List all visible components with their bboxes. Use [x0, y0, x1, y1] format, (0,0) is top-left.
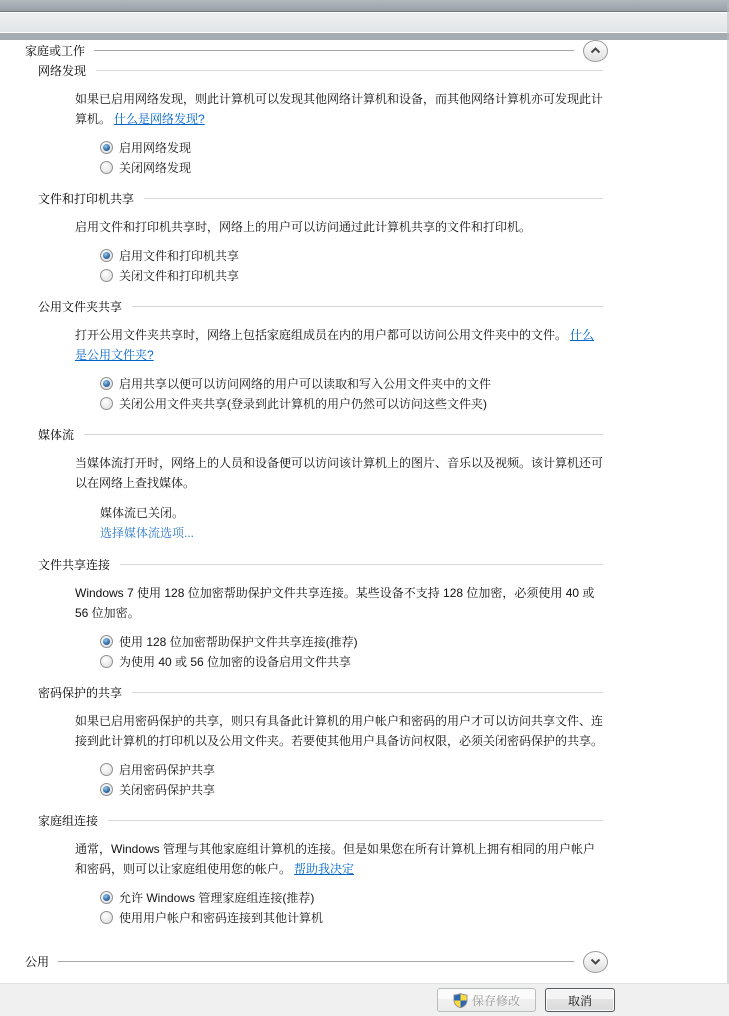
- radio-label[interactable]: 关闭文件和打印机共享: [119, 267, 239, 284]
- description-text: 如果已启用密码保护的共享，则只有具备此计算机的用户帐户和密码的用户才可以访问共享…: [75, 714, 603, 748]
- description-text: 打开公用文件夹共享时，网络上包括家庭组成员在内的用户都可以访问公用文件夹中的文件…: [75, 328, 567, 342]
- media-streaming-status-block: 媒体流已关闭。 选择媒体流选项...: [100, 503, 603, 543]
- section-rule: [132, 306, 603, 307]
- section-header: 媒体流: [38, 427, 603, 441]
- radio-option-40-56bit[interactable]: 为使用 40 或 56 位加密的设备启用文件共享: [100, 651, 603, 671]
- footer-button-bar: 保存修改 取消: [0, 983, 729, 1016]
- radio-option-disable[interactable]: 关闭文件和打印机共享: [100, 265, 603, 285]
- section-rule: [84, 434, 603, 435]
- section-rule: [144, 198, 603, 199]
- group-label: 公用: [25, 953, 49, 970]
- radio-label[interactable]: 关闭公用文件夹共享(登录到此计算机的用户仍然可以访问这些文件夹): [119, 395, 487, 412]
- save-button-label: 保存修改: [472, 992, 520, 1009]
- radio-label[interactable]: 启用文件和打印机共享: [119, 247, 239, 264]
- section-description: 打开公用文件夹共享时，网络上包括家庭组成员在内的用户都可以访问公用文件夹中的文件…: [75, 325, 605, 365]
- help-me-decide-link[interactable]: 帮助我决定: [294, 862, 354, 876]
- radio-option-disable[interactable]: 关闭公用文件夹共享(登录到此计算机的用户仍然可以访问这些文件夹): [100, 393, 603, 413]
- section-header: 公用文件夹共享: [38, 299, 603, 313]
- radio-label[interactable]: 关闭密码保护共享: [119, 781, 215, 798]
- radio-option-disable[interactable]: 关闭密码保护共享: [100, 779, 603, 799]
- radio-icon[interactable]: [100, 249, 113, 262]
- radio-option-enable[interactable]: 启用密码保护共享: [100, 759, 603, 779]
- section-rule: [108, 820, 603, 821]
- section-network-discovery: 网络发现 如果已启用网络发现，则此计算机可以发现其他网络计算机和设备，而其他网络…: [38, 63, 603, 177]
- media-streaming-options-link[interactable]: 选择媒体流选项...: [100, 526, 194, 540]
- radio-icon[interactable]: [100, 397, 113, 410]
- radio-label[interactable]: 关闭网络发现: [119, 159, 191, 176]
- section-description: 当媒体流打开时，网络上的人员和设备便可以访问该计算机上的图片、音乐以及视频。该计…: [75, 453, 605, 493]
- section-file-printer-sharing: 文件和打印机共享 启用文件和打印机共享时，网络上的用户可以访问通过此计算机共享的…: [38, 191, 603, 285]
- radio-icon[interactable]: [100, 783, 113, 796]
- profile-group-public: 公用: [25, 951, 608, 972]
- section-rule: [96, 70, 603, 71]
- expand-group-button[interactable]: [583, 951, 608, 973]
- radio-option-enable[interactable]: 启用网络发现: [100, 137, 603, 157]
- radio-label[interactable]: 启用密码保护共享: [119, 761, 215, 778]
- section-description: 通常，Windows 管理与其他家庭组计算机的连接。但是如果您在所有计算机上拥有…: [75, 839, 605, 879]
- group-rule: [94, 50, 574, 51]
- section-header: 家庭组连接: [38, 813, 603, 827]
- section-header: 密码保护的共享: [38, 685, 603, 699]
- section-public-folder-sharing: 公用文件夹共享 打开公用文件夹共享时，网络上包括家庭组成员在内的用户都可以访问公…: [38, 299, 603, 413]
- radio-label[interactable]: 允许 Windows 管理家庭组连接(推荐): [119, 889, 314, 906]
- radio-option-enable[interactable]: 启用文件和打印机共享: [100, 245, 603, 265]
- radio-group: 使用 128 位加密帮助保护文件共享连接(推荐) 为使用 40 或 56 位加密…: [100, 631, 603, 671]
- radio-label[interactable]: 启用共享以便可以访问网络的用户可以读取和写入公用文件夹中的文件: [119, 375, 491, 392]
- radio-group: 允许 Windows 管理家庭组连接(推荐) 使用用户帐户和密码连接到其他计算机: [100, 887, 603, 927]
- section-title: 文件共享连接: [38, 556, 110, 573]
- section-description: Windows 7 使用 128 位加密帮助保护文件共享连接。某些设备不支持 1…: [75, 583, 605, 623]
- radio-icon[interactable]: [100, 763, 113, 776]
- section-title: 家庭组连接: [38, 812, 98, 829]
- section-title: 公用文件夹共享: [38, 298, 122, 315]
- cancel-button-label: 取消: [568, 992, 592, 1009]
- description-text: 当媒体流打开时，网络上的人员和设备便可以访问该计算机上的图片、音乐以及视频。该计…: [75, 456, 603, 490]
- section-description: 启用文件和打印机共享时，网络上的用户可以访问通过此计算机共享的文件和打印机。: [75, 217, 605, 237]
- radio-icon[interactable]: [100, 161, 113, 174]
- section-rule: [120, 564, 603, 565]
- section-description: 如果已启用网络发现，则此计算机可以发现其他网络计算机和设备，而其他网络计算机亦可…: [75, 89, 605, 129]
- radio-option-user-account[interactable]: 使用用户帐户和密码连接到其他计算机: [100, 907, 603, 927]
- radio-icon[interactable]: [100, 377, 113, 390]
- radio-label[interactable]: 使用 128 位加密帮助保护文件共享连接(推荐): [119, 633, 358, 650]
- section-header: 文件和打印机共享: [38, 191, 603, 205]
- group-rule: [58, 961, 574, 962]
- chevron-down-icon: [590, 958, 601, 965]
- section-title: 文件和打印机共享: [38, 190, 134, 207]
- radio-group: 启用密码保护共享 关闭密码保护共享: [100, 759, 603, 799]
- radio-label[interactable]: 使用用户帐户和密码连接到其他计算机: [119, 909, 323, 926]
- section-homegroup-connections: 家庭组连接 通常，Windows 管理与其他家庭组计算机的连接。但是如果您在所有…: [38, 813, 603, 927]
- uac-shield-icon: [453, 993, 468, 1008]
- save-changes-button[interactable]: 保存修改: [437, 988, 536, 1012]
- help-link-network-discovery[interactable]: 什么是网络发现?: [114, 112, 205, 126]
- radio-option-disable[interactable]: 关闭网络发现: [100, 157, 603, 177]
- section-media-streaming: 媒体流 当媒体流打开时，网络上的人员和设备便可以访问该计算机上的图片、音乐以及视…: [38, 427, 603, 543]
- section-rule: [132, 692, 603, 693]
- sharing-settings-panel: 家庭或工作 网络发现 如果已启用网络发现，则此计算机可以发现其他网络计算机和设备…: [0, 40, 727, 983]
- section-header: 网络发现: [38, 63, 603, 77]
- profile-group-home-or-work: 家庭或工作: [25, 40, 608, 61]
- section-description: 如果已启用密码保护的共享，则只有具备此计算机的用户帐户和密码的用户才可以访问共享…: [75, 711, 605, 751]
- radio-option-enable[interactable]: 启用共享以便可以访问网络的用户可以读取和写入公用文件夹中的文件: [100, 373, 603, 393]
- radio-option-windows-managed[interactable]: 允许 Windows 管理家庭组连接(推荐): [100, 887, 603, 907]
- section-file-sharing-connections: 文件共享连接 Windows 7 使用 128 位加密帮助保护文件共享连接。某些…: [38, 557, 603, 671]
- radio-icon[interactable]: [100, 141, 113, 154]
- collapse-group-button[interactable]: [583, 40, 608, 62]
- toolbar-strip: [0, 13, 729, 32]
- radio-group: 启用文件和打印机共享 关闭文件和打印机共享: [100, 245, 603, 285]
- radio-icon[interactable]: [100, 911, 113, 924]
- radio-label[interactable]: 为使用 40 或 56 位加密的设备启用文件共享: [119, 653, 351, 670]
- media-streaming-status: 媒体流已关闭。: [100, 503, 603, 523]
- radio-group: 启用网络发现 关闭网络发现: [100, 137, 603, 177]
- window-title-bar: [0, 0, 729, 12]
- section-title: 密码保护的共享: [38, 684, 122, 701]
- section-title: 网络发现: [38, 62, 86, 79]
- cancel-button[interactable]: 取消: [545, 988, 615, 1012]
- radio-group: 启用共享以便可以访问网络的用户可以读取和写入公用文件夹中的文件 关闭公用文件夹共…: [100, 373, 603, 413]
- radio-icon[interactable]: [100, 655, 113, 668]
- description-text: 启用文件和打印机共享时，网络上的用户可以访问通过此计算机共享的文件和打印机。: [75, 220, 531, 234]
- radio-icon[interactable]: [100, 269, 113, 282]
- chevron-up-icon: [590, 47, 601, 54]
- section-password-protected-sharing: 密码保护的共享 如果已启用密码保护的共享，则只有具备此计算机的用户帐户和密码的用…: [38, 685, 603, 799]
- radio-option-128bit[interactable]: 使用 128 位加密帮助保护文件共享连接(推荐): [100, 631, 603, 651]
- description-text: Windows 7 使用 128 位加密帮助保护文件共享连接。某些设备不支持 1…: [75, 586, 594, 620]
- radio-icon[interactable]: [100, 635, 113, 648]
- radio-label[interactable]: 启用网络发现: [119, 139, 191, 156]
- radio-icon[interactable]: [100, 891, 113, 904]
- header-divider-bar: [0, 32, 729, 40]
- section-header: 文件共享连接: [38, 557, 603, 571]
- group-label: 家庭或工作: [25, 42, 85, 59]
- section-title: 媒体流: [38, 426, 74, 443]
